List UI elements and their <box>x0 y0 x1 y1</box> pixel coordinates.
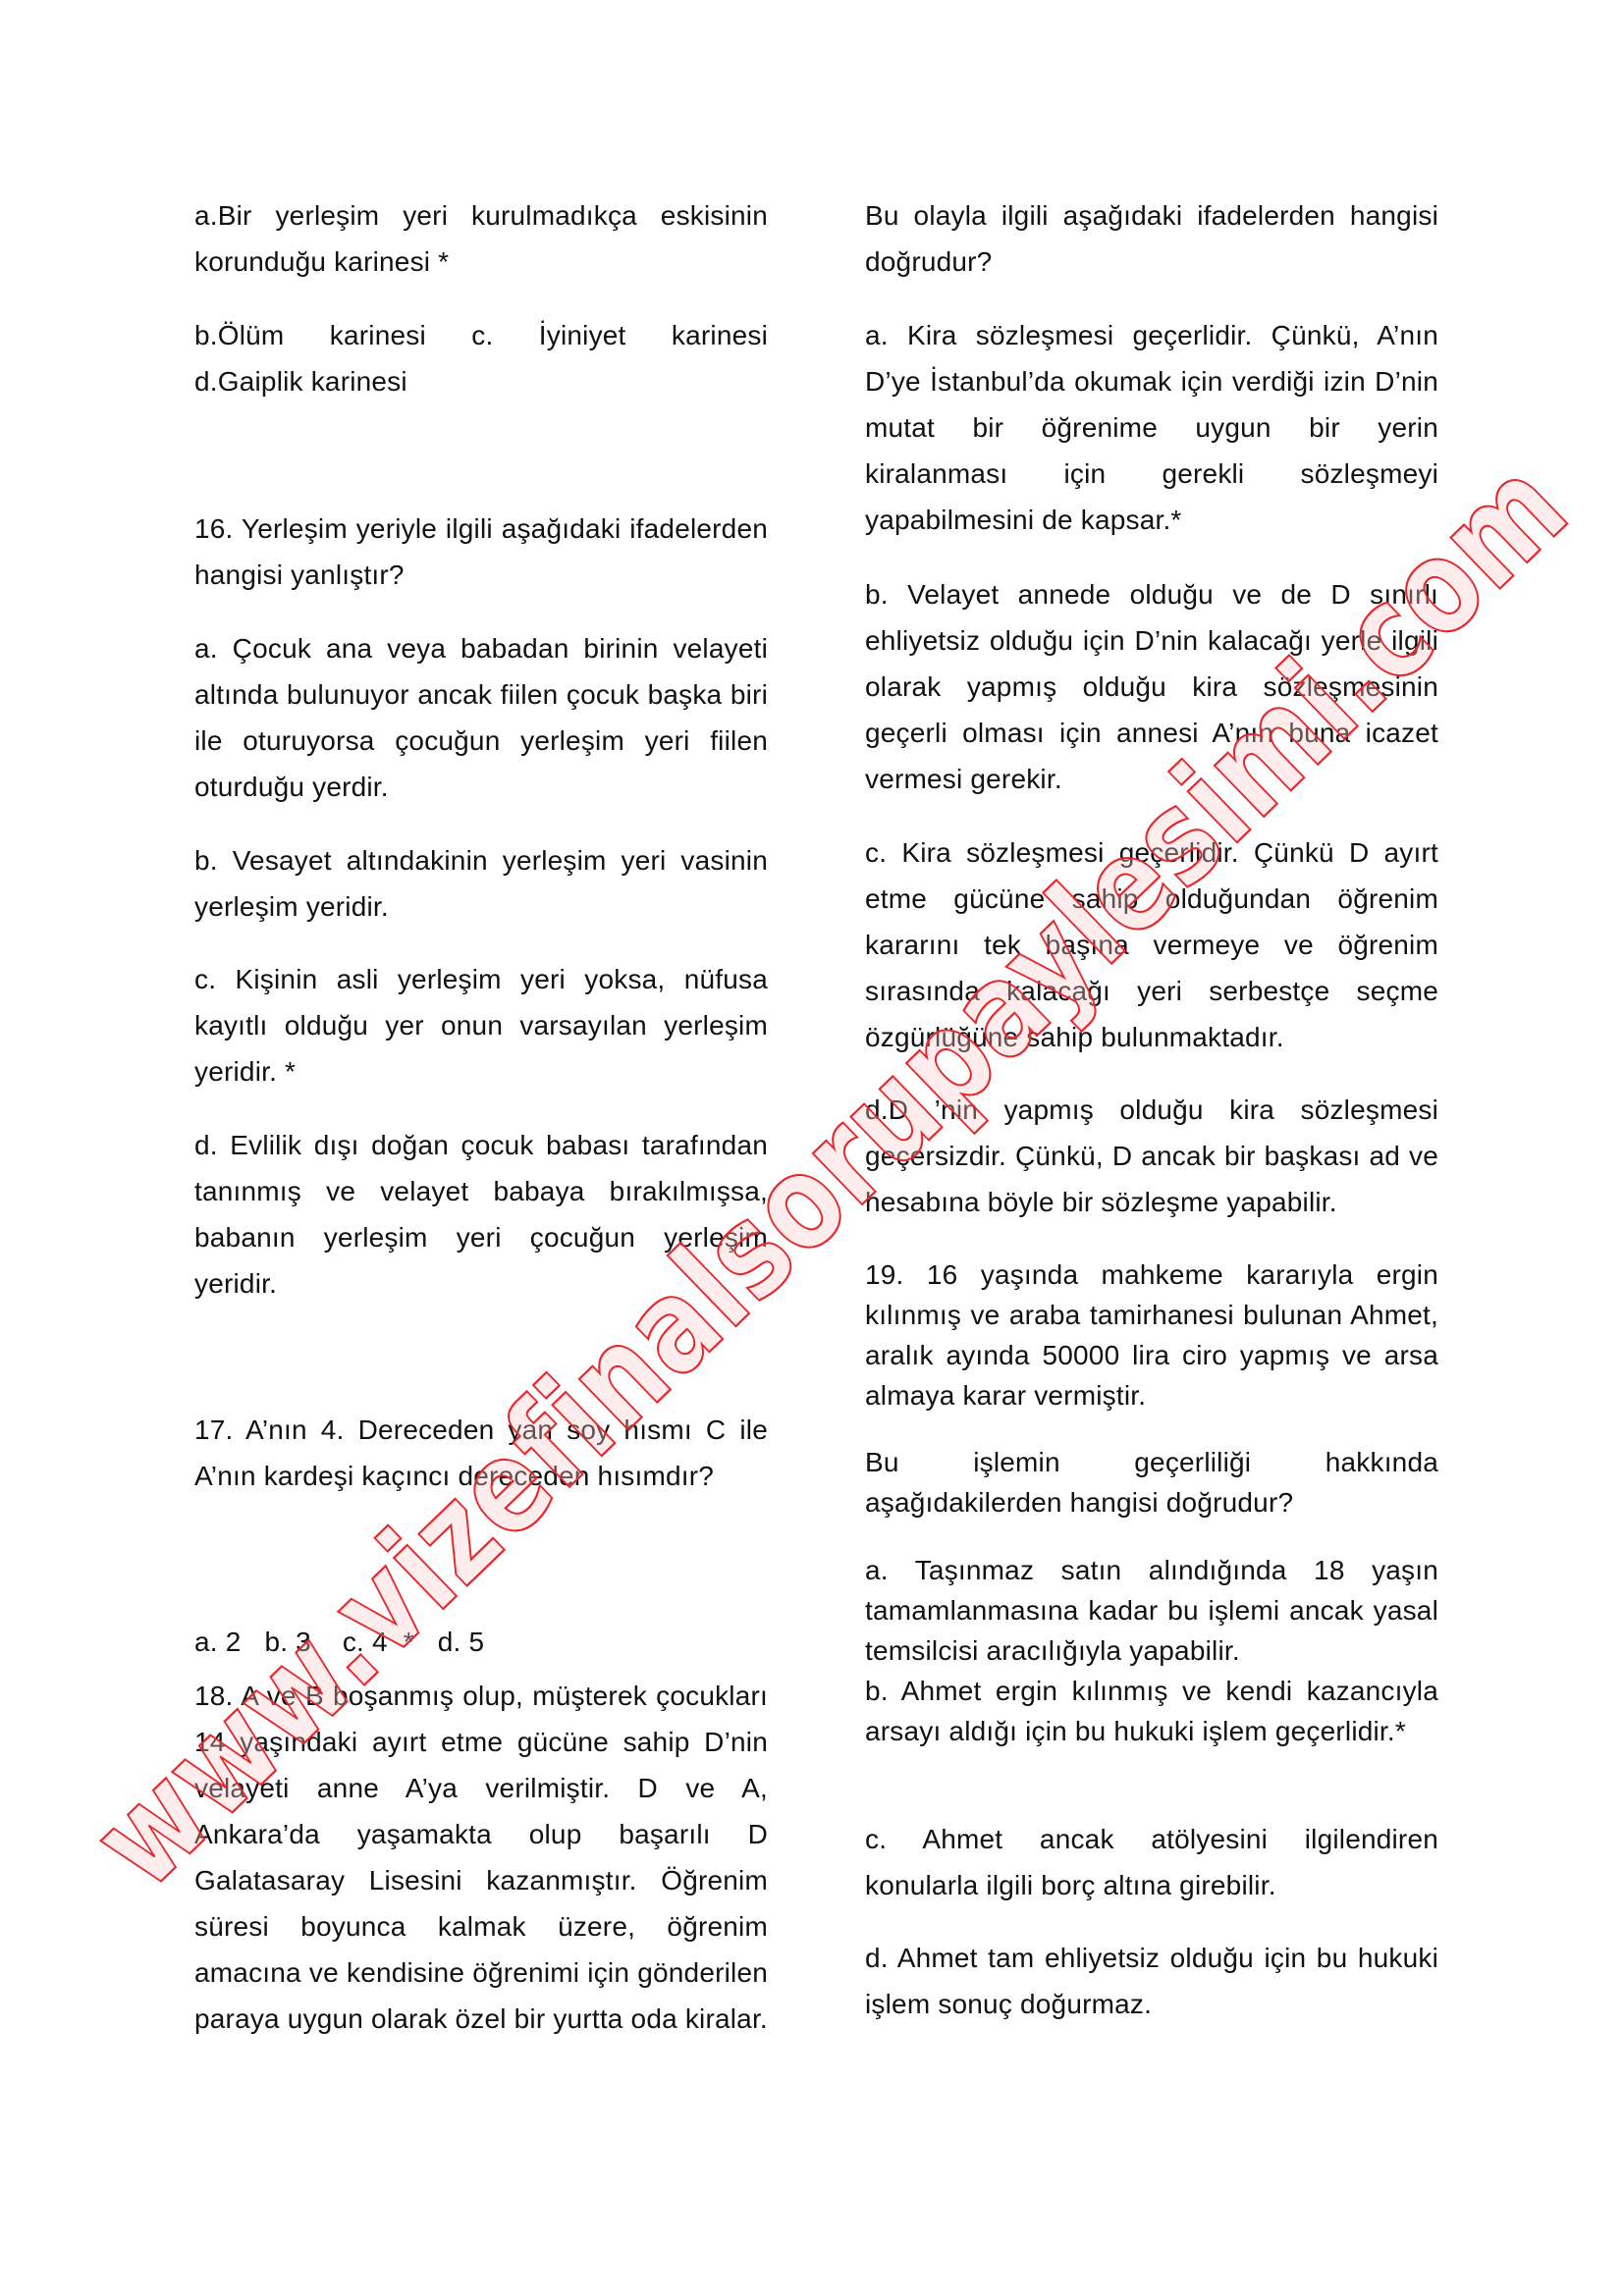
option-text: a. Çocuk ana veya babadan birinin velaye… <box>194 625 768 810</box>
q16-option-a: a. Çocuk ana veya babadan birinin velaye… <box>194 625 768 810</box>
q16-option-c: c. Kişinin asli yerleşim yeri yoksa, nüf… <box>194 956 768 1095</box>
q19-option-b: b. Ahmet ergin kılınmış ve kendi kazancı… <box>865 1671 1438 1751</box>
q18-option-a: a. Kira sözleşmesi geçerlidir. Çünkü, A’… <box>865 312 1438 543</box>
q18-option-c: c. Kira sözleşmesi geçerlidir. Çünkü D a… <box>865 829 1438 1060</box>
option-text: a. 2 b. 3 c. 4 * d. 5 <box>194 1619 768 1665</box>
question-text: 19. 16 yaşında mahkeme kararıyla ergin k… <box>865 1255 1438 1415</box>
question-text: 16. Yerleşim yeriyle ilgili aşağıdaki if… <box>194 506 768 598</box>
q17-stem: 17. A’nın 4. Dereceden yan soy hısmı C i… <box>194 1407 768 1499</box>
option-text: c. Kira sözleşmesi geçerlidir. Çünkü D a… <box>865 829 1438 1060</box>
question-text: Bu işlemin geçerliliği hakkında aşağıdak… <box>865 1442 1438 1522</box>
q16-option-d: d. Evlilik dışı doğan çocuk babası taraf… <box>194 1122 768 1307</box>
q15-options-b-c: b.Ölüm karinesi c. İyiniyet karinesi <box>194 312 768 358</box>
option-text: c. Kişinin asli yerleşim yeri yoksa, nüf… <box>194 956 768 1095</box>
option-text: a.Bir yerleşim yeri kurulmadıkça eskisin… <box>194 192 768 285</box>
option-text: c. Ahmet ancak atölyesini ilgilendiren k… <box>865 1816 1438 1908</box>
q19-option-a: a. Taşınmaz satın alındığında 18 yaşın t… <box>865 1550 1438 1671</box>
q19-question: Bu işlemin geçerliliği hakkında aşağıdak… <box>865 1442 1438 1522</box>
option-text: b. Vesayet altındakinin yerleşim yeri va… <box>194 837 768 930</box>
option-text: a. Kira sözleşmesi geçerlidir. Çünkü, A’… <box>865 312 1438 543</box>
q19-stem: 19. 16 yaşında mahkeme kararıyla ergin k… <box>865 1255 1438 1415</box>
q16-stem: 16. Yerleşim yeriyle ilgili aşağıdaki if… <box>194 506 768 598</box>
q18-question: Bu olayla ilgili aşağıdaki ifadelerden h… <box>865 192 1438 285</box>
option-text: d. Evlilik dışı doğan çocuk babası taraf… <box>194 1122 768 1307</box>
option-text: a. Taşınmaz satın alındığında 18 yaşın t… <box>865 1550 1438 1671</box>
option-text: d. Ahmet tam ehliyetsiz olduğu için bu h… <box>865 1935 1438 2027</box>
document-page: a.Bir yerleşim yeri kurulmadıkça eskisin… <box>0 0 1623 2296</box>
option-text: b.Ölüm karinesi c. İyiniyet karinesi <box>194 312 768 358</box>
q15-option-d: d.Gaiplik karinesi <box>194 358 768 404</box>
option-text: d.D ’nin yapmış olduğu kira sözleşmesi g… <box>865 1087 1438 1225</box>
question-text: Bu olayla ilgili aşağıdaki ifadelerden h… <box>865 192 1438 285</box>
q19-option-d: d. Ahmet tam ehliyetsiz olduğu için bu h… <box>865 1935 1438 2027</box>
q16-option-b: b. Vesayet altındakinin yerleşim yeri va… <box>194 837 768 930</box>
q15-option-a: a.Bir yerleşim yeri kurulmadıkça eskisin… <box>194 192 768 285</box>
q18-stem: 18. A ve B boşanmış olup, müşterek çocuk… <box>194 1673 768 2042</box>
q18-option-d: d.D ’nin yapmış olduğu kira sözleşmesi g… <box>865 1087 1438 1225</box>
option-text: b. Velayet annede olduğu ve de D sınırlı… <box>865 571 1438 802</box>
question-text: 17. A’nın 4. Dereceden yan soy hısmı C i… <box>194 1407 768 1499</box>
q18-option-b: b. Velayet annede olduğu ve de D sınırlı… <box>865 571 1438 802</box>
option-text: d.Gaiplik karinesi <box>194 358 768 404</box>
q19-option-c: c. Ahmet ancak atölyesini ilgilendiren k… <box>865 1816 1438 1908</box>
option-text: b. Ahmet ergin kılınmış ve kendi kazancı… <box>865 1671 1438 1751</box>
question-text: 18. A ve B boşanmış olup, müşterek çocuk… <box>194 1673 768 2042</box>
